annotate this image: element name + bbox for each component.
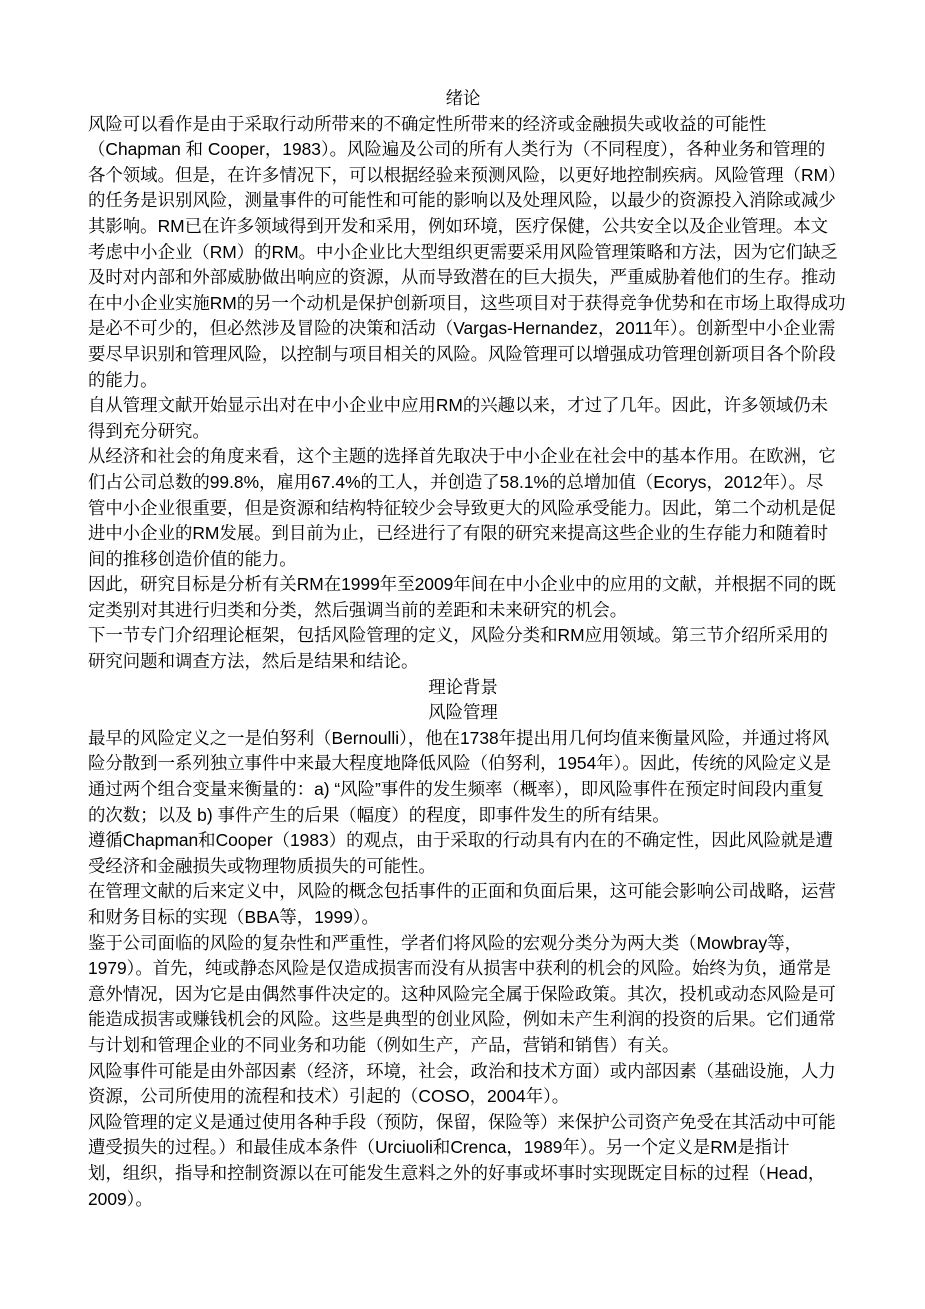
text-line: 从经济和社会的角度来看，这个主题的选择首先取决于中小企业在社会中的基本作用。在欧…: [88, 444, 838, 470]
text-line: 1979）。首先，纯或静态风险是仅造成损害而没有从损害中获利的机会的风险。始终为…: [88, 956, 838, 982]
text-line: 的能力。: [88, 368, 838, 394]
text-line: 与计划和管理企业的不同业务和功能（例如生产，产品，营销和销售）有关。: [88, 1033, 838, 1059]
text-line: 受经济和金融损失或物理物质损失的可能性。: [88, 854, 838, 880]
section-heading-risk-management: 风险管理: [88, 700, 838, 726]
text-line: 在管理文献的后来定义中，风险的概念包括事件的正面和负面后果，这可能会影响公司战略…: [88, 879, 838, 905]
text-line: 划，组织，指导和控制资源以在可能发生意料之外的好事或坏事时实现既定目标的过程（H…: [88, 1161, 838, 1187]
text-line: 管中小企业很重要，但是资源和结构特征较少会导致更大的风险承受能力。因此，第二个动…: [88, 496, 838, 522]
text-line: 2009）。: [88, 1187, 838, 1213]
text-line: 风险可以看作是由于采取行动所带来的不确定性所带来的经济或金融损失或收益的可能性: [88, 112, 838, 138]
text-line: 研究问题和调查方法，然后是结果和结论。: [88, 649, 838, 675]
document-body: 绪论 风险可以看作是由于采取行动所带来的不确定性所带来的经济或金融损失或收益的可…: [88, 86, 838, 1212]
text-line: （Chapman 和 Cooper，1983）。风险遍及公司的所有人类行为（不同…: [88, 137, 838, 163]
text-line: 们占公司总数的99.8%，雇用67.4%的工人，并创造了58.1%的总增加值（E…: [88, 470, 838, 496]
text-line: 资源，公司所使用的流程和技术）引起的（COSO，2004年）。: [88, 1084, 838, 1110]
text-line: 定类别对其进行归类和分类，然后强调当前的差距和未来研究的机会。: [88, 598, 838, 624]
text-line: 进中小企业的RM发展。到目前为止，已经进行了有限的研究来提高这些企业的生存能力和…: [88, 521, 838, 547]
text-line: 在中小企业实施RM的另一个动机是保护创新项目，这些项目对于获得竞争优势和在市场上…: [88, 291, 838, 317]
text-line: 的任务是识别风险，测量事件的可能性和可能的影响以及处理风险，以最少的资源投入消除…: [88, 188, 838, 214]
text-line: 和财务目标的实现（BBA等，1999）。: [88, 905, 838, 931]
text-line: 要尽早识别和管理风险，以控制与项目相关的风险。风险管理可以增强成功管理创新项目各…: [88, 342, 838, 368]
text-line: 鉴于公司面临的风险的复杂性和严重性，学者们将风险的宏观分类分为两大类（Mowbr…: [88, 931, 838, 957]
text-line: 遭受损失的过程。）和最佳成本条件（Urciuoli和Crenca，1989年）。…: [88, 1135, 838, 1161]
section-heading-theoretical-background: 理论背景: [88, 675, 838, 701]
text-line: 风险事件可能是由外部因素（经济，环境，社会，政治和技术方面）或内部因素（基础设施…: [88, 1059, 838, 1085]
text-line: 通过两个组合变量来衡量的：a) “风险”事件的发生频率（概率），即风险事件在预定…: [88, 777, 838, 803]
document-title: 绪论: [88, 86, 838, 112]
document-page: 绪论 风险可以看作是由于采取行动所带来的不确定性所带来的经济或金融损失或收益的可…: [0, 0, 925, 1309]
text-line: 险分散到一系列独立事件中来最大程度地降低风险（伯努利，1954年）。因此，传统的…: [88, 751, 838, 777]
text-line: 遵循Chapman和Cooper（1983）的观点，由于采取的行动具有内在的不确…: [88, 828, 838, 854]
text-line: 下一节专门介绍理论框架，包括风险管理的定义，风险分类和RM应用领域。第三节介绍所…: [88, 623, 838, 649]
text-line: 各个领域。但是，在许多情况下，可以根据经验来预测风险，以更好地控制疾病。风险管理…: [88, 163, 838, 189]
text-line: 自从管理文献开始显示出对在中小企业中应用RM的兴趣以来，才过了几年。因此，许多领…: [88, 393, 838, 419]
text-line: 因此，研究目标是分析有关RM在1999年至2009年间在中小企业中的应用的文献，…: [88, 572, 838, 598]
text-line: 最早的风险定义之一是伯努利（Bernoulli），他在1738年提出用几何均值来…: [88, 726, 838, 752]
text-line: 意外情况，因为它是由偶然事件决定的。这种风险完全属于保险政策。其次，投机或动态风…: [88, 982, 838, 1008]
text-line: 得到充分研究。: [88, 419, 838, 445]
text-line: 考虑中小企业（RM）的RM。中小企业比大型组织更需要采用风险管理策略和方法，因为…: [88, 240, 838, 266]
text-line: 的次数；以及 b) 事件产生的后果（幅度）的程度，即事件发生的所有结果。: [88, 803, 838, 829]
text-line: 能造成损害或赚钱机会的风险。这些是典型的创业风险，例如未产生利润的投资的后果。它…: [88, 1007, 838, 1033]
text-line: 间的推移创造价值的能力。: [88, 547, 838, 573]
text-line: 是必不可少的，但必然涉及冒险的决策和活动（Vargas-Hernandez，20…: [88, 316, 838, 342]
text-line: 及时对内部和外部威胁做出响应的资源，从而导致潜在的巨大损失，严重威胁着他们的生存…: [88, 265, 838, 291]
text-line: 其影响。RM已在许多领域得到开发和采用，例如环境，医疗保健，公共安全以及企业管理…: [88, 214, 838, 240]
text-line: 风险管理的定义是通过使用各种手段（预防，保留，保险等）来保护公司资产免受在其活动…: [88, 1110, 838, 1136]
